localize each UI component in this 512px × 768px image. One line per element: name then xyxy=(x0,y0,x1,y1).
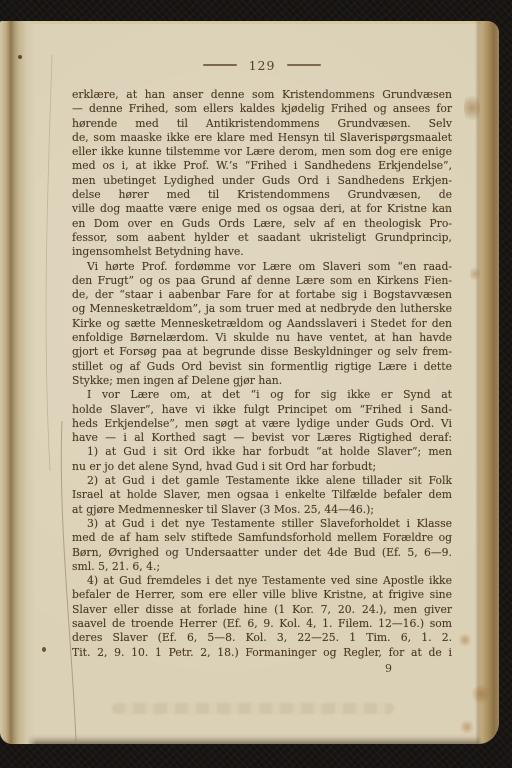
text-line: 4) at Gud fremdeles i det nye Testamente… xyxy=(72,574,452,588)
text-line: heds Erkjendelse”, men søgt at være lydi… xyxy=(72,417,452,431)
show-through-ghost xyxy=(112,703,394,714)
text-line: befaler de Herrer, som ere eller ville b… xyxy=(72,588,452,602)
text-line: holde Slaver”, have vi ikke fulgt Princi… xyxy=(72,403,452,417)
text-line: de, som maaske ikke ere klare med Hensyn… xyxy=(72,131,452,145)
text-line: eller ikke kunne tilstemme vor Lære dero… xyxy=(72,145,452,159)
book-page: 129 erklære, at han anser denne som Kris… xyxy=(0,21,499,744)
text-line: med de af ham selv stiftede Samfundsforh… xyxy=(72,531,452,545)
foxing-stain xyxy=(460,719,474,735)
foxing-stain xyxy=(458,633,472,647)
text-line: de, der “staar i aabenbar Fare for at fo… xyxy=(72,288,452,302)
text-line: med os i, at ikke Prof. W.’s “Frihed i S… xyxy=(72,159,452,173)
text-line: enfoldige Børnelærdom. Vi skulde nu have… xyxy=(72,331,452,345)
page-edge xyxy=(475,21,499,744)
text-line: erklære, at han anser denne som Kristend… xyxy=(72,88,452,102)
text-line: sml. 5, 21. 6, 4.; xyxy=(72,560,452,574)
text-line: 3) at Gud i det nye Testamente stiller S… xyxy=(72,517,452,531)
text-line: gjort et Forsøg paa at begrunde disse Be… xyxy=(72,345,452,359)
text-line: nu er jo det alene Synd, hvad Gud i sit … xyxy=(72,460,452,474)
text-line: og Mennesketrældom”, ja som truer med at… xyxy=(72,302,452,316)
text-line: hørende med til Antikristendommens Grund… xyxy=(72,117,452,131)
foxing-stain xyxy=(464,91,480,125)
text-line: — denne Frihed, som ellers kaldes kjødel… xyxy=(72,102,452,116)
binding-gutter xyxy=(0,21,36,744)
ink-speck xyxy=(18,55,22,59)
text-line: ville dog maatte være enige med os ogsaa… xyxy=(72,202,452,216)
ink-speck xyxy=(42,647,46,652)
text-line: saavel de troende Herrer (Ef. 6, 9. Kol.… xyxy=(72,617,452,631)
text-line: Israel at holde Slaver, men ogsaa i enke… xyxy=(72,488,452,502)
page-number: 129 xyxy=(249,58,276,73)
header-rule-right xyxy=(287,64,321,66)
text-line: en Dom over en Guds Ords Lære, selv af e… xyxy=(72,217,452,231)
header-rule-left xyxy=(203,64,237,66)
foxing-stain xyxy=(470,265,480,283)
text-line: Børn, Øvrighed og Undersaatter under det… xyxy=(72,546,452,560)
text-line: 1) at Gud i sit Ord ikke har forbudt “at… xyxy=(72,445,452,459)
text-line: Stykke; men ingen af Delene gjør han. xyxy=(72,374,452,388)
page-content: 129 erklære, at han anser denne som Kris… xyxy=(72,57,452,676)
text-line: have — i al Korthed sagt — bevist vor Læ… xyxy=(72,431,452,445)
text-line: fessor, som aabent hylder et saadant ukr… xyxy=(72,231,452,245)
text-line: Tit. 2, 9. 10. 1 Petr. 2, 18.) Formaning… xyxy=(72,646,452,660)
page-text: erklære, at han anser denne som Kristend… xyxy=(72,88,452,660)
text-line: men ubetinget Lydighed under Guds Ord i … xyxy=(72,174,452,188)
book-photo: 129 erklære, at han anser denne som Kris… xyxy=(0,0,512,768)
text-line: stillet og af Guds Ord bevist sin formen… xyxy=(72,360,452,374)
text-line: Kirke og sætte Mennesketrældom og Aandss… xyxy=(72,317,452,331)
text-line: I vor Lære om, at det “i og for sig ikke… xyxy=(72,388,452,402)
signature-mark: 9 xyxy=(72,662,452,676)
text-line: Vi hørte Prof. fordømme vor Lære om Slav… xyxy=(72,260,452,274)
text-line: 2) at Gud i det gamle Testamente ikke al… xyxy=(72,474,452,488)
text-line: den Frugt” og os paa Grund af denne Lære… xyxy=(72,274,452,288)
text-line: at gjøre Medmennesker til Slaver (3 Mos.… xyxy=(72,503,452,517)
text-line: Slaver eller disse at forlade hine (1 Ko… xyxy=(72,603,452,617)
text-line: deres Slaver (Ef. 6, 5—8. Kol. 3, 22—25.… xyxy=(72,631,452,645)
text-line: delse hører med til Kristendommens Grund… xyxy=(72,188,452,202)
text-line: ingensomhelst Betydning have. xyxy=(72,245,452,259)
page-header: 129 xyxy=(72,57,452,73)
foxing-stain xyxy=(472,683,490,705)
